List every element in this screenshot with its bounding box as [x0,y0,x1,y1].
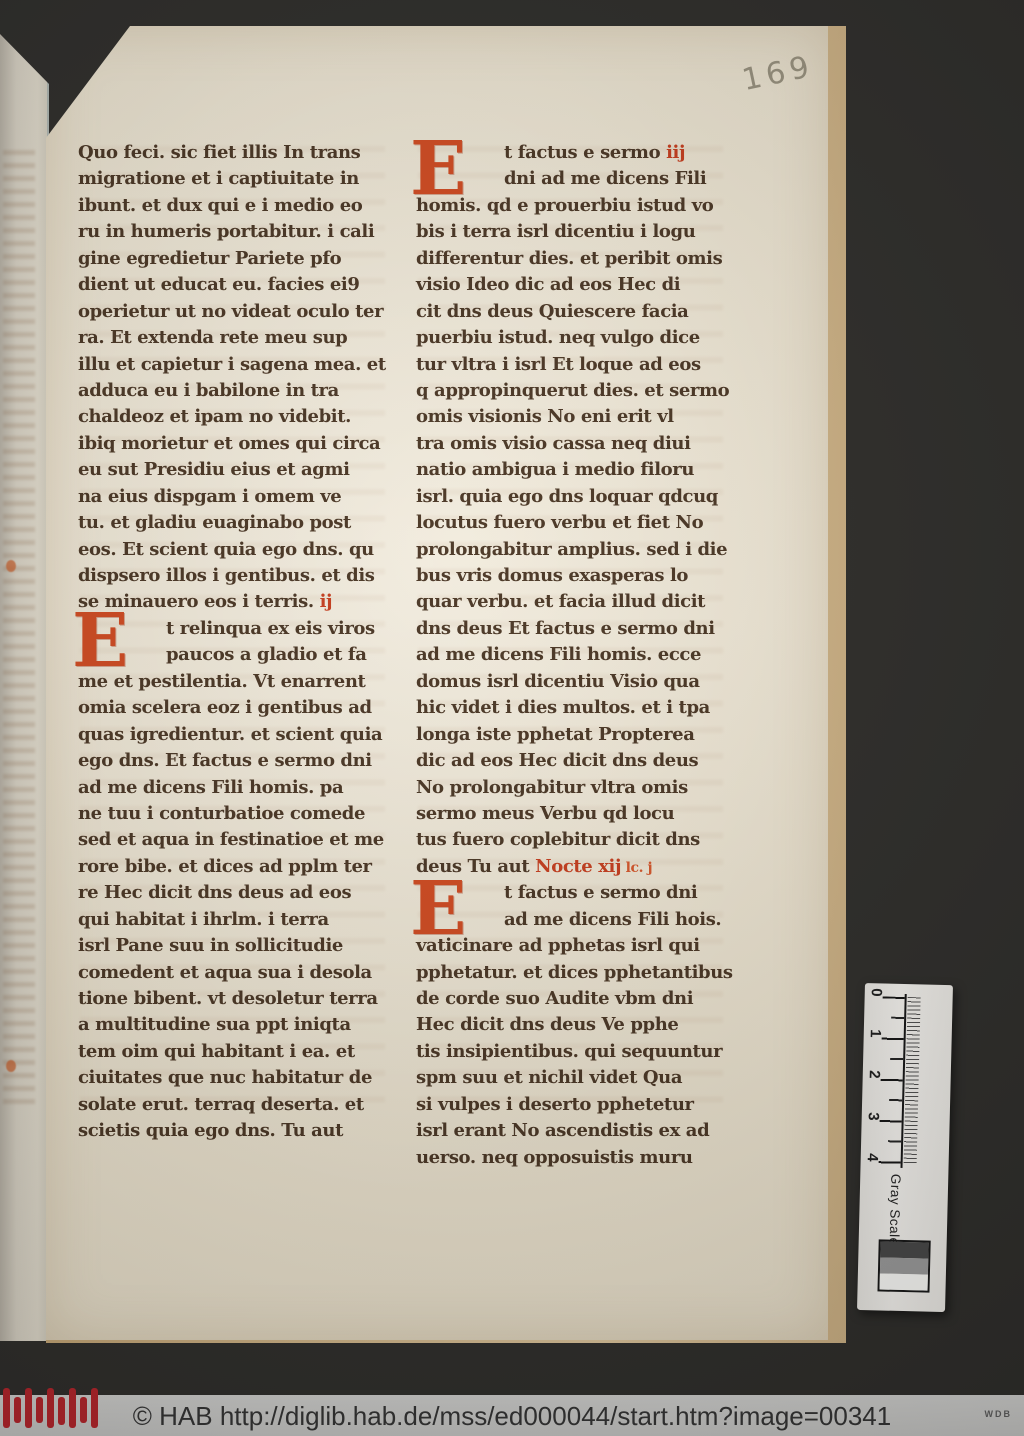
ink-text: Hec dicit dns deus Ve pphe [416,1014,678,1035]
ruler-number: 1 [869,1029,883,1047]
ink-text: No prolongabitur vltra omis [416,777,688,798]
manuscript-line: domus isrl dicentiu Visio qua [416,669,752,695]
ink-text: natio ambigua i medio filoru [416,459,694,480]
manuscript-line: ibunt. et dux qui e i medio eo [78,193,414,219]
manuscript-line: deus Tu aut Nocte xij lc. j [416,854,752,880]
ink-text: chaldeoz et ipam no videbit. [78,406,351,427]
manuscript-line: scietis quia ego dns. Tu aut [78,1118,414,1144]
manuscript-line: rore bibe. et dices ad pplm ter [78,854,414,880]
manuscript-line: pphetatur. et dices pphetantibus [416,960,752,986]
manuscript-line: bus vris domus exasperas lo [416,563,752,589]
ink-text: hic videt i dies multos. et i tpa [416,697,710,718]
ink-text: vaticinare ad pphetas isrl qui [416,935,700,956]
manuscript-line: differentur dies. et peribit omis [416,246,752,272]
registration-bar [3,1388,10,1428]
manuscript-line: paucos a gladio et fa [78,642,414,668]
ink-text: tra omis visio cassa neq diui [416,433,691,454]
ink-text: omis visionis No eni erit vl [416,406,674,427]
manuscript-line: ra. Et extenda rete meu sup [78,325,414,351]
registration-bar [47,1388,54,1428]
edge-red-dot [6,1060,16,1072]
manuscript-line: si vulpes i deserto pphetetur [416,1092,752,1118]
manuscript-line: tem oim qui habitant i ea. et [78,1039,414,1065]
manuscript-line: ad me dicens Fili hois. [416,907,752,933]
ink-text: bis i terra isrl dicentiu i logu [416,221,695,242]
ink-text: tis insipientibus. qui sequuntur [416,1041,722,1062]
manuscript-line: spm suu et nichil videt Qua [416,1065,752,1091]
registration-bar [25,1388,32,1428]
ink-text: quas igredientur. et scient quia [78,724,382,745]
ink-text: dni ad me dicens Fili [504,168,706,189]
ink-text: dispsero illos i gentibus. et dis [78,565,375,586]
ink-text: ad me dicens Fili homis. pa [78,777,343,798]
book-fore-edge [0,0,49,1341]
manuscript-line: tus fuero coplebitur dicit dns [416,827,752,853]
manuscript-line: dic ad eos Hec dicit dns deus [416,748,752,774]
manuscript-line: eos. Et scient quia ego dns. qu [78,537,414,563]
manuscript-line: de corde suo Audite vbm dni [416,986,752,1012]
ink-text: tus fuero coplebitur dicit dns [416,829,700,850]
ink-text: ru in humeris portabitur. i cali [78,221,374,242]
caption-url: © HAB http://diglib.hab.de/mss/ed000044/… [0,1401,1024,1432]
ink-text: re Hec dicit dns deus ad eos [78,882,351,903]
watermark-label: WDB [985,1409,1013,1419]
manuscript-line: tis insipientibus. qui sequuntur [416,1039,752,1065]
manuscript-line: isrl Pane suu in sollicitudie [78,933,414,959]
manuscript-line: t factus e sermo dni [416,880,752,906]
ink-text: ad me dicens Fili hois. [504,909,721,930]
manuscript-line: dni ad me dicens Fili [416,166,752,192]
ink-text: me et pestilentia. Vt enarrent [78,671,365,692]
ruler-numbers: 01234 [865,983,953,985]
manuscript-line: migratione et i captiuitate in [78,166,414,192]
ink-text: na eius dispgam i omem ve [78,486,341,507]
ink-text: scietis quia ego dns. Tu aut [78,1120,343,1141]
ink-text: dic ad eos Hec dicit dns deus [416,750,698,771]
manuscript-line: t relinqua ex eis viros [78,616,414,642]
gray-patches [877,1239,930,1292]
ink-text: visio Ideo dic ad eos Hec di [416,274,680,295]
manuscript-line: tione bibent. vt desoletur terra [78,986,414,1012]
ink-text: a multitudine sua ppt iniqta [78,1014,351,1035]
manuscript-line: isrl erant No ascendistis ex ad [416,1118,752,1144]
ink-text: adduca eu i babilone in tra [78,380,339,401]
ink-text: rore bibe. et dices ad pplm ter [78,856,372,877]
registration-bar [80,1397,87,1423]
ink-text: eos. Et scient quia ego dns. qu [78,539,374,560]
ink-text: tur vltra i isrl Et loque ad eos [416,354,701,375]
registration-bar [36,1397,43,1423]
manuscript-line: dispsero illos i gentibus. et dis [78,563,414,589]
ink-text: ad me dicens Fili homis. ecce [416,644,701,665]
manuscript-line: Hec dicit dns deus Ve pphe [416,1012,752,1038]
rubric-text: Nocte xij [535,856,621,877]
rubric-text: lc. j [621,860,652,876]
ink-text: si vulpes i deserto pphetetur [416,1094,694,1115]
ink-text: differentur dies. et peribit omis [416,248,722,269]
manuscript-line: bis i terra isrl dicentiu i logu [416,219,752,245]
manuscript-line: locutus fuero verbu et fiet No [416,510,752,536]
gray-patch [880,1257,928,1274]
ink-text: ibunt. et dux qui e i medio eo [78,195,362,216]
ink-text: cit dns deus Quiescere facia [416,301,688,322]
ink-text: se minauero eos i terris. [78,591,320,612]
edge-red-dot [6,560,16,572]
manuscript-line: tra omis visio cassa neq diui [416,431,752,457]
ruler-number: 2 [868,1071,882,1089]
manuscript-scan-photo: 169 E E E Quo feci. sic fiet illis In tr… [0,0,1024,1436]
manuscript-line: ibiq morietur et omes qui circa [78,431,414,457]
manuscript-line: gine egredietur Pariete pfo [78,246,414,272]
manuscript-line: natio ambigua i medio filoru [416,457,752,483]
ink-text: ibiq morietur et omes qui circa [78,433,380,454]
manuscript-line: q appropinquerut dies. et sermo [416,378,752,404]
manuscript-line: solate erut. terraq deserta. et [78,1092,414,1118]
registration-bar [69,1388,76,1428]
manuscript-line: quas igredientur. et scient quia [78,722,414,748]
ink-text: isrl Pane suu in sollicitudie [78,935,343,956]
manuscript-line: qui habitat i ihrlm. i terra [78,907,414,933]
manuscript-line: me et pestilentia. Vt enarrent [78,669,414,695]
manuscript-line: adduca eu i babilone in tra [78,378,414,404]
ink-text: pphetatur. et dices pphetantibus [416,962,733,983]
gray-patch [880,1273,928,1290]
manuscript-line: omia scelera eoz i gentibus ad [78,695,414,721]
manuscript-line: uerso. neq opposuistis muru [416,1145,752,1171]
text-column-right: t factus e sermo iijdni ad me dicens Fil… [416,140,752,1171]
manuscript-line: comedent et aqua sua i desola [78,960,414,986]
manuscript-line: ru in humeris portabitur. i cali [78,219,414,245]
registration-bar [58,1397,65,1425]
ink-text: comedent et aqua sua i desola [78,962,372,983]
manuscript-line: na eius dispgam i omem ve [78,484,414,510]
manuscript-line: omis visionis No eni erit vl [416,404,752,430]
manuscript-line: longa iste pphetat Propterea [416,722,752,748]
manuscript-line: eu sut Presidiu eius et agmi [78,457,414,483]
ink-text: dns deus Et factus e sermo dni [416,618,715,639]
manuscript-line: homis. qd e prouerbiu istud vo [416,193,752,219]
manuscript-line: isrl. quia ego dns loquar qdcuq [416,484,752,510]
ink-text: gine egredietur Pariete pfo [78,248,341,269]
rubric-text: iij [666,142,685,163]
ink-text: prolongabitur amplius. sed i die [416,539,727,560]
ink-text: migratione et i captiuitate in [78,168,359,189]
ink-text: homis. qd e prouerbiu istud vo [416,195,713,216]
manuscript-line: ne tuu i conturbatioe comede [78,801,414,827]
manuscript-line: se minauero eos i terris. ij [78,589,414,615]
manuscript-line: No prolongabitur vltra omis [416,775,752,801]
ink-text: Quo feci. sic fiet illis In trans [78,142,360,163]
text-column-left: Quo feci. sic fiet illis In transmigrati… [78,140,414,1145]
ink-text: solate erut. terraq deserta. et [78,1094,364,1115]
gray-patch [880,1241,928,1258]
manuscript-line: chaldeoz et ipam no videbit. [78,404,414,430]
ink-text: t factus e sermo dni [504,882,697,903]
manuscript-line: tur vltra i isrl Et loque ad eos [416,352,752,378]
ink-text: qui habitat i ihrlm. i terra [78,909,329,930]
manuscript-line: re Hec dicit dns deus ad eos [78,880,414,906]
ruler-number: 4 [866,1153,880,1171]
ink-text: tione bibent. vt desoletur terra [78,988,378,1009]
ink-text: ra. Et extenda rete meu sup [78,327,347,348]
registration-bar [14,1397,21,1423]
ink-text: sermo meus Verbu qd locu [416,803,674,824]
ink-text: paucos a gladio et fa [166,644,366,665]
manuscript-line: t factus e sermo iij [416,140,752,166]
ink-text: ego dns. Et factus e sermo dni [78,750,372,771]
ink-text: uerso. neq opposuistis muru [416,1147,693,1168]
ink-text: de corde suo Audite vbm dni [416,988,693,1009]
ruler-label: Gray Scale [887,1174,904,1246]
rubric-text: ij [320,591,333,612]
manuscript-line: vaticinare ad pphetas isrl qui [416,933,752,959]
ruler-mm-ticks [904,997,921,1164]
manuscript-line: ad me dicens Fili homis. pa [78,775,414,801]
manuscript-line: a multitudine sua ppt iniqta [78,1012,414,1038]
ink-text: operietur ut no videat oculo ter [78,301,383,322]
ink-text: sed et aqua in festinatioe et me [78,829,384,850]
ink-text: omia scelera eoz i gentibus ad [78,697,372,718]
manuscript-line: visio Ideo dic ad eos Hec di [416,272,752,298]
ink-text: locutus fuero verbu et fiet No [416,512,703,533]
ink-text: q appropinquerut dies. et sermo [416,380,729,401]
ink-text: longa iste pphetat Propterea [416,724,695,745]
manuscript-line: puerbiu istud. neq vulgo dice [416,325,752,351]
red-registration-mark [3,1388,98,1434]
manuscript-line: sermo meus Verbu qd locu [416,801,752,827]
ruler-number: 0 [870,988,884,1006]
manuscript-line: cit dns deus Quiescere facia [416,299,752,325]
ink-text: t factus e sermo [504,142,666,163]
grayscale-ruler: 01234 Gray Scale [857,983,953,1312]
ink-text: ciuitates que nuc habitatur de [78,1067,372,1088]
ruler-number: 3 [867,1112,881,1130]
manuscript-line: ego dns. Et factus e sermo dni [78,748,414,774]
manuscript-line: tu. et gladiu euaginabo post [78,510,414,536]
ink-text: isrl erant No ascendistis ex ad [416,1120,709,1141]
ink-text: bus vris domus exasperas lo [416,565,688,586]
ink-text: ne tuu i conturbatioe comede [78,803,365,824]
manuscript-line: illu et capietur i sagena mea. et [78,352,414,378]
manuscript-line: hic videt i dies multos. et i tpa [416,695,752,721]
ink-text: quar verbu. et facia illud dicit [416,591,705,612]
manuscript-line: sed et aqua in festinatioe et me [78,827,414,853]
ink-text: eu sut Presidiu eius et agmi [78,459,350,480]
caption-bar: © HAB http://diglib.hab.de/mss/ed000044/… [0,1395,1024,1436]
ink-text: deus Tu aut [416,856,535,877]
ink-text: isrl. quia ego dns loquar qdcuq [416,486,718,507]
ink-text: dient ut educat eu. facies ei9 [78,274,360,295]
manuscript-line: operietur ut no videat oculo ter [78,299,414,325]
show-through-text [3,150,35,1110]
ink-text: tu. et gladiu euaginabo post [78,512,351,533]
ink-text: illu et capietur i sagena mea. et [78,354,386,375]
manuscript-line: ciuitates que nuc habitatur de [78,1065,414,1091]
ink-text: spm suu et nichil videt Qua [416,1067,682,1088]
ink-text: t relinqua ex eis viros [166,618,375,639]
ink-text: domus isrl dicentiu Visio qua [416,671,700,692]
ink-text: puerbiu istud. neq vulgo dice [416,327,700,348]
registration-bar [91,1388,98,1428]
manuscript-line: quar verbu. et facia illud dicit [416,589,752,615]
manuscript-line: prolongabitur amplius. sed i die [416,537,752,563]
manuscript-line: dient ut educat eu. facies ei9 [78,272,414,298]
manuscript-line: dns deus Et factus e sermo dni [416,616,752,642]
manuscript-line: Quo feci. sic fiet illis In trans [78,140,414,166]
ink-text: tem oim qui habitant i ea. et [78,1041,355,1062]
manuscript-line: ad me dicens Fili homis. ecce [416,642,752,668]
